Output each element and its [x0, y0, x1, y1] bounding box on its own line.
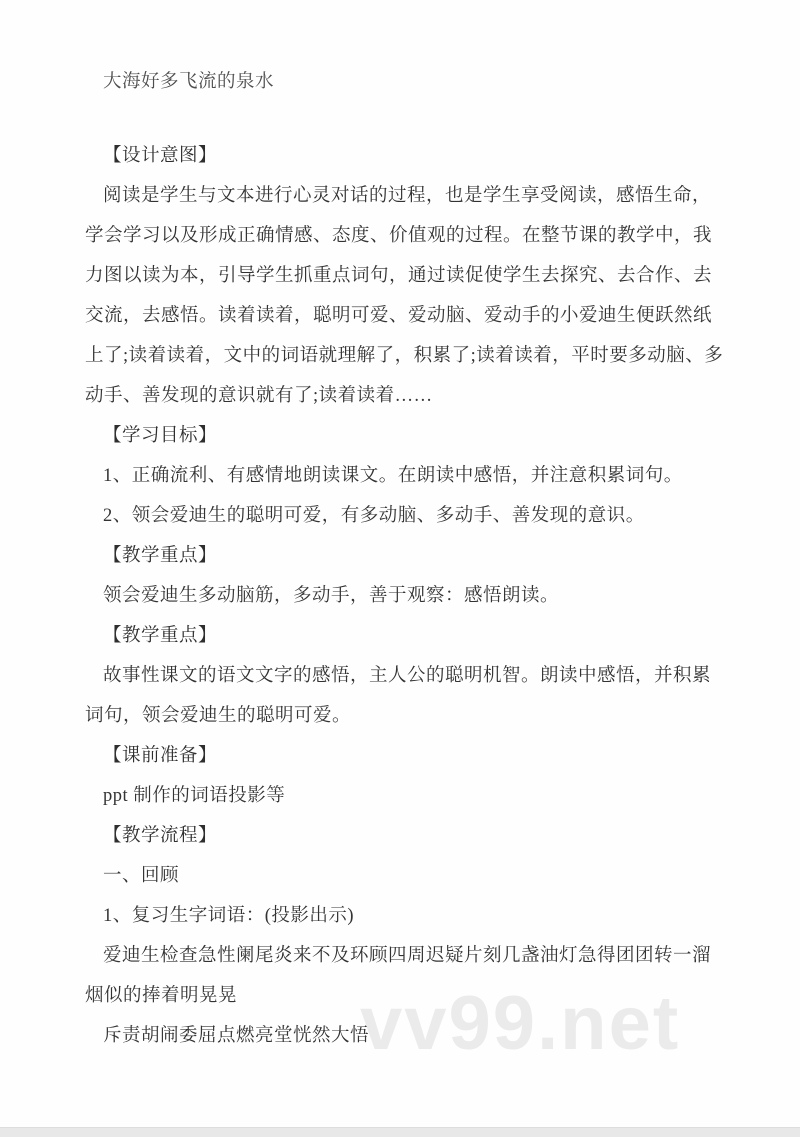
class-preparation-line: ppt 制作的词语投影等 — [85, 776, 725, 816]
doc-title-line: 大海好多飞流的泉水 — [85, 62, 725, 102]
list-item-step-1-vocab-review: 1、复习生字词语：(投影出示) — [85, 896, 725, 936]
heading-design-intent: 【设计意图】 — [85, 136, 725, 176]
vocab-line: 烟似的捧着明晃晃 — [85, 976, 725, 1016]
paragraph-design-intent-line: 学会学习以及形成正确情感、态度、价值观的过程。在整节课的教学中，我 — [85, 216, 725, 256]
document-body: 大海好多飞流的泉水 【设计意图】 阅读是学生与文本进行心灵对话的过程，也是学生享… — [85, 62, 725, 1056]
teaching-focus-2-line: 词句，领会爱迪生的聪明可爱。 — [85, 696, 725, 736]
goal-item-1: 1、正确流利、有感情地朗读课文。在朗读中感悟，并注意积累词句。 — [85, 456, 725, 496]
page-bottom-bar — [0, 1127, 800, 1137]
list-item-section-one-review: 一、回顾 — [85, 856, 725, 896]
paragraph-design-intent-line: 阅读是学生与文本进行心灵对话的过程，也是学生享受阅读，感悟生命， — [85, 176, 725, 216]
paragraph-design-intent-line: 上了;读着读着，文中的词语就理解了，积累了;读着读着，平时要多动脑、多 — [85, 336, 725, 376]
paragraph-design-intent-line: 动手、善发现的意识就有了;读着读着…… — [85, 376, 725, 416]
teaching-focus-2-line: 故事性课文的语文文字的感悟，主人公的聪明机智。朗读中感悟，并积累 — [85, 656, 725, 696]
paragraph-design-intent-line: 交流，去感悟。读着读着，聪明可爱、爱动脑、爱动手的小爱迪生便跃然纸 — [85, 296, 725, 336]
paragraph-design-intent-line: 力图以读为本，引导学生抓重点词句，通过读促使学生去探究、去合作、去 — [85, 256, 725, 296]
heading-learning-goals: 【学习目标】 — [85, 416, 725, 456]
teaching-focus-1-line: 领会爱迪生多动脑筋，多动手，善于观察：感悟朗读。 — [85, 576, 725, 616]
heading-class-preparation: 【课前准备】 — [85, 736, 725, 776]
heading-teaching-focus-2: 【教学重点】 — [85, 616, 725, 656]
document-page: 大海好多飞流的泉水 【设计意图】 阅读是学生与文本进行心灵对话的过程，也是学生享… — [0, 0, 800, 1137]
heading-teaching-focus-1: 【教学重点】 — [85, 536, 725, 576]
vocab-line: 斥责胡闹委屈点燃亮堂恍然大悟 — [85, 1016, 725, 1056]
goal-item-2: 2、领会爱迪生的聪明可爱，有多动脑、多动手、善发现的意识。 — [85, 496, 725, 536]
heading-teaching-process: 【教学流程】 — [85, 816, 725, 856]
vocab-line: 爱迪生检查急性阑尾炎来不及环顾四周迟疑片刻几盏油灯急得团团转一溜 — [85, 936, 725, 976]
